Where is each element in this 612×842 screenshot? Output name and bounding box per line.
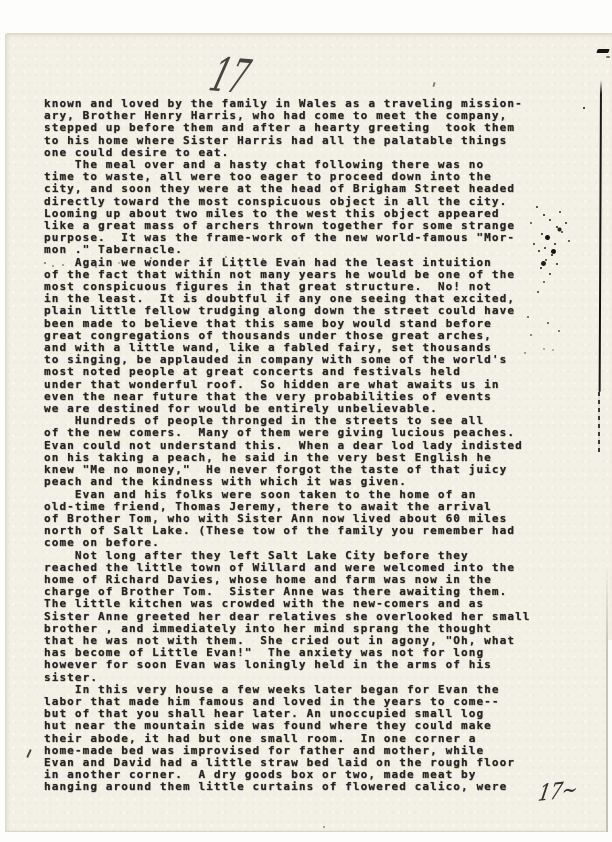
scanner-background-right (608, 640, 612, 832)
right-margin-ink-line-fade (598, 392, 600, 452)
handwritten-page-number-bottom: 17~ (536, 777, 579, 807)
scanner-bottom-edge-line (0, 835, 612, 837)
faint-paper-specks (0, 0, 2, 2)
top-right-small-mark (606, 56, 610, 58)
typed-body-text: known and loved by the family in Wales a… (44, 98, 531, 794)
scanned-document-page: 17 known and loved by the family in Wale… (0, 0, 612, 842)
top-right-ink-dash (596, 49, 609, 53)
